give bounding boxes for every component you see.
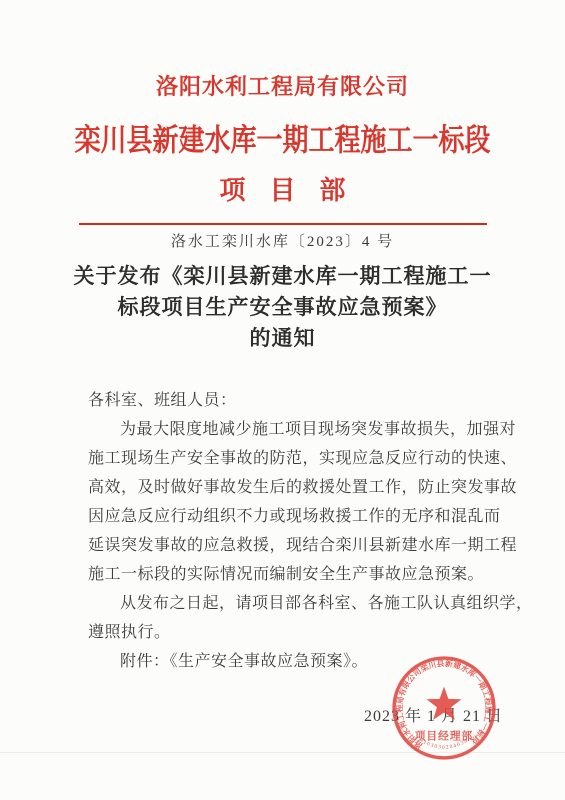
seal-star-icon <box>427 687 462 720</box>
body-line: 施工一标段的实际情况而编制安全生产事故应急预案。 <box>88 560 508 589</box>
scanned-notice-page: 洛阳水利工程局有限公司 栾川县新建水库一期工程施工一标段 项目部 洛水工栾川水库… <box>0 0 565 800</box>
notice-title-line1: 关于发布《栾川县新建水库一期工程施工一 <box>0 261 565 292</box>
official-seal: 洛阳水利工程局有限公司栾川县新建水库一期工程施工一标段 项目经理部 410303… <box>390 654 498 762</box>
body-line: 高效，及时做好事故发生后的救援处置工作，防止突发事故 <box>88 473 508 502</box>
notice-title-line3: 的通知 <box>0 323 565 354</box>
body-line: 遵照执行。 <box>88 618 508 647</box>
letterhead-project-text: 栾川县新建水库一期工程施工一标段 <box>74 119 490 164</box>
letterhead-company: 洛阳水利工程局有限公司 <box>0 72 565 102</box>
doc-number: 洛水工栾川水库〔2023〕4 号 <box>0 232 565 252</box>
notice-title: 关于发布《栾川县新建水库一期工程施工一 标段项目生产安全事故应急预案》 的通知 <box>0 261 565 354</box>
letterhead: 洛阳水利工程局有限公司 栾川县新建水库一期工程施工一标段 项目部 <box>0 0 565 206</box>
body-line: 为最大限度地减少施工项目现场突发事故损失，加强对 <box>88 415 508 444</box>
notice-body: 各科室、班组人员： 为最大限度地减少施工项目现场突发事故损失，加强对 施工现场生… <box>88 386 508 676</box>
letterhead-project: 栾川县新建水库一期工程施工一标段 <box>0 122 565 164</box>
body-line: 因应急反应行动组织不力或现场救援工作的无序和混乱而 <box>88 502 508 531</box>
body-line: 施工现场生产安全事故的防范，实现应急反应行动的快速、 <box>88 444 508 473</box>
red-divider-line <box>79 223 487 225</box>
body-line: 从发布之日起，请项目部各科室、各施工队认真组织学， <box>88 589 508 618</box>
body-greeting: 各科室、班组人员： <box>88 386 508 415</box>
body-line: 延误突发事故的应急救援，现结合栾川县新建水库一期工程 <box>88 531 508 560</box>
letterhead-department: 项目部 <box>0 176 565 206</box>
notice-title-line2: 标段项目生产安全事故应急预案》 <box>0 292 565 323</box>
